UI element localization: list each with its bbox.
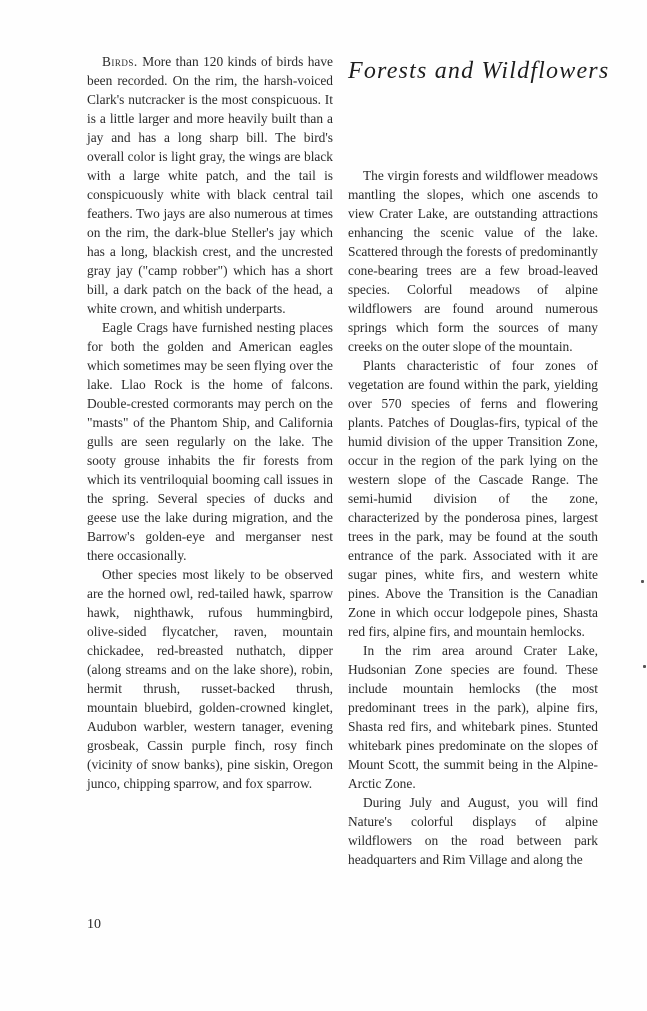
paragraph-virgin-forests: The virgin forests and wildflower meadow… bbox=[348, 166, 598, 356]
scan-speck bbox=[643, 665, 646, 668]
scan-speck bbox=[641, 580, 644, 583]
paragraph-birds-intro: Birds. More than 120 kinds of birds have… bbox=[87, 52, 333, 318]
paragraph-july-august: During July and August, you will find Na… bbox=[348, 793, 598, 869]
book-page: Birds. More than 120 kinds of birds have… bbox=[0, 0, 647, 1011]
paragraph-eagle-crags: Eagle Crags have furnished nesting place… bbox=[87, 318, 333, 565]
paragraph-hudsonian-zone: In the rim area around Crater Lake, Huds… bbox=[348, 641, 598, 793]
paragraph-other-species: Other species most likely to be observed… bbox=[87, 565, 333, 793]
section-heading: Forests and Wildflowers bbox=[348, 58, 600, 85]
right-column-forests-section: The virgin forests and wildflower meadow… bbox=[348, 166, 598, 869]
paragraph-vegetation-zones: Plants characteristic of four zones of v… bbox=[348, 356, 598, 641]
page-number: 10 bbox=[87, 917, 101, 933]
left-column-birds-section: Birds. More than 120 kinds of birds have… bbox=[87, 52, 333, 793]
section-lead-in: Birds. bbox=[102, 54, 138, 69]
paragraph-text: More than 120 kinds of birds have been r… bbox=[87, 54, 333, 316]
